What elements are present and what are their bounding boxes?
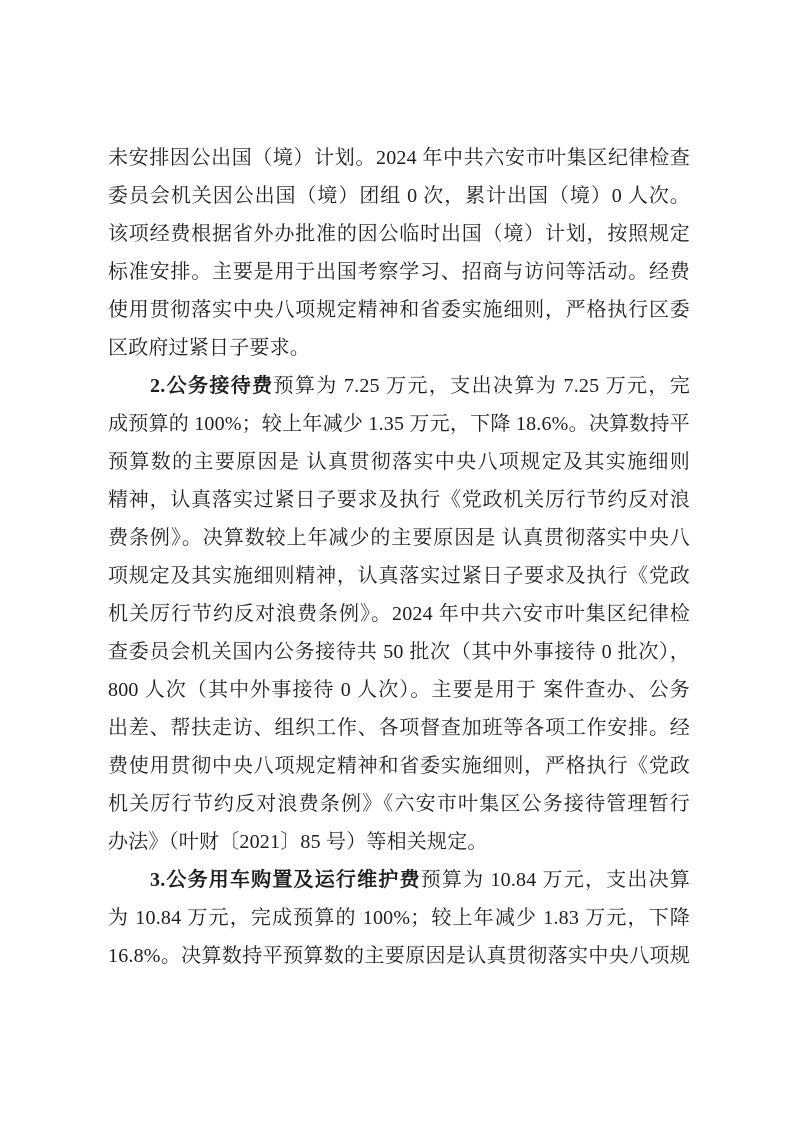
text-line: 精神，认真落实过紧日子要求及执行《党政机关厉行节约反对浪 xyxy=(108,481,690,519)
bold-heading: 2.公务接待费 xyxy=(150,375,273,397)
text-line: 项规定及其实施细则精神，认真落实过紧日子要求及执行《党政 xyxy=(108,557,690,595)
text-run: 800 人次（其中外事接待 0 人次）。主要是用于 案件查办、公务 xyxy=(108,679,690,701)
text-run: 该项经费根据省外办批准的因公临时出国（境）计划，按照规定 xyxy=(108,223,690,245)
text-run: 16.8%。决算数持平预算数的主要原因是认真贯彻落实中央八项规 xyxy=(108,945,690,967)
text-line: 16.8%。决算数持平预算数的主要原因是认真贯彻落实中央八项规 xyxy=(108,937,690,975)
text-line: 查委员会机关国内公务接待共 50 批次（其中外事接待 0 批次）， xyxy=(108,633,690,671)
text-line: 未安排因公出国（境）计划。2024 年中共六安市叶集区纪律检查 xyxy=(108,139,690,177)
text-run: 费使用贯彻中央八项规定精神和省委实施细则，严格执行《党政 xyxy=(108,755,690,777)
text-run: 机关厉行节约反对浪费条例》《六安市叶集区公务接待管理暂行 xyxy=(108,793,690,815)
text-run: 预算数的主要原因是 认真贯彻落实中央八项规定及其实施细则 xyxy=(108,451,690,473)
text-run: 未安排因公出国（境）计划。2024 年中共六安市叶集区纪律检查 xyxy=(108,147,690,169)
text-line: 费使用贯彻中央八项规定精神和省委实施细则，严格执行《党政 xyxy=(108,747,690,785)
text-run: 标准安排。主要是用于出国考察学习、招商与访问等活动。经费 xyxy=(108,261,690,283)
text-line: 为 10.84 万元，完成预算的 100%；较上年减少 1.83 万元，下降 xyxy=(108,899,690,937)
text-line: 委员会机关因公出国（境）团组 0 次，累计出国（境）0 人次。 xyxy=(108,177,690,215)
text-line: 费条例》。决算数较上年减少的主要原因是 认真贯彻落实中央八 xyxy=(108,519,690,557)
text-line: 3.公务用车购置及运行维护费预算为 10.84 万元，支出决算 xyxy=(108,861,690,899)
text-run: 项规定及其实施细则精神，认真落实过紧日子要求及执行《党政 xyxy=(108,565,690,587)
text-line: 使用贯彻落实中央八项规定精神和省委实施细则，严格执行区委 xyxy=(108,291,690,329)
text-line: 机关厉行节约反对浪费条例》《六安市叶集区公务接待管理暂行 xyxy=(108,785,690,823)
text-line: 出差、帮扶走访、组织工作、各项督查加班等各项工作安排。经 xyxy=(108,709,690,747)
document-text: 未安排因公出国（境）计划。2024 年中共六安市叶集区纪律检查委员会机关因公出国… xyxy=(108,139,690,975)
text-line: 2.公务接待费预算为 7.25 万元，支出决算为 7.25 万元，完 xyxy=(108,367,690,405)
text-run: 委员会机关因公出国（境）团组 0 次，累计出国（境）0 人次。 xyxy=(108,185,690,207)
text-run: 为 10.84 万元，完成预算的 100%；较上年减少 1.83 万元，下降 xyxy=(108,907,690,929)
text-line: 成预算的 100%；较上年减少 1.35 万元，下降 18.6%。决算数持平 xyxy=(108,405,690,443)
text-run: 办法》（叶财〔2021〕85 号）等相关规定。 xyxy=(108,831,488,853)
text-line: 区政府过紧日子要求。 xyxy=(108,329,690,367)
text-line: 标准安排。主要是用于出国考察学习、招商与访问等活动。经费 xyxy=(108,253,690,291)
text-run: 区政府过紧日子要求。 xyxy=(108,337,310,359)
text-line: 机关厉行节约反对浪费条例》。2024 年中共六安市叶集区纪律检 xyxy=(108,595,690,633)
text-run: 成预算的 100%；较上年减少 1.35 万元，下降 18.6%。决算数持平 xyxy=(108,413,690,435)
text-line: 该项经费根据省外办批准的因公临时出国（境）计划，按照规定 xyxy=(108,215,690,253)
text-run: 预算为 7.25 万元，支出决算为 7.25 万元，完 xyxy=(273,375,690,397)
text-run: 费条例》。决算数较上年减少的主要原因是 认真贯彻落实中央八 xyxy=(108,527,690,549)
bold-heading: 3.公务用车购置及运行维护费 xyxy=(150,869,421,891)
text-run: 出差、帮扶走访、组织工作、各项督查加班等各项工作安排。经 xyxy=(108,717,690,739)
text-run: 使用贯彻落实中央八项规定精神和省委实施细则，严格执行区委 xyxy=(108,299,690,321)
text-run: 查委员会机关国内公务接待共 50 批次（其中外事接待 0 批次）， xyxy=(108,641,690,663)
text-line: 办法》（叶财〔2021〕85 号）等相关规定。 xyxy=(108,823,690,861)
text-line: 800 人次（其中外事接待 0 人次）。主要是用于 案件查办、公务 xyxy=(108,671,690,709)
text-line: 预算数的主要原因是 认真贯彻落实中央八项规定及其实施细则 xyxy=(108,443,690,481)
document-page: 未安排因公出国（境）计划。2024 年中共六安市叶集区纪律检查委员会机关因公出国… xyxy=(0,0,793,1122)
text-run: 机关厉行节约反对浪费条例》。2024 年中共六安市叶集区纪律检 xyxy=(108,603,690,625)
text-run: 精神，认真落实过紧日子要求及执行《党政机关厉行节约反对浪 xyxy=(108,489,690,511)
text-run: 预算为 10.84 万元，支出决算 xyxy=(421,869,690,891)
